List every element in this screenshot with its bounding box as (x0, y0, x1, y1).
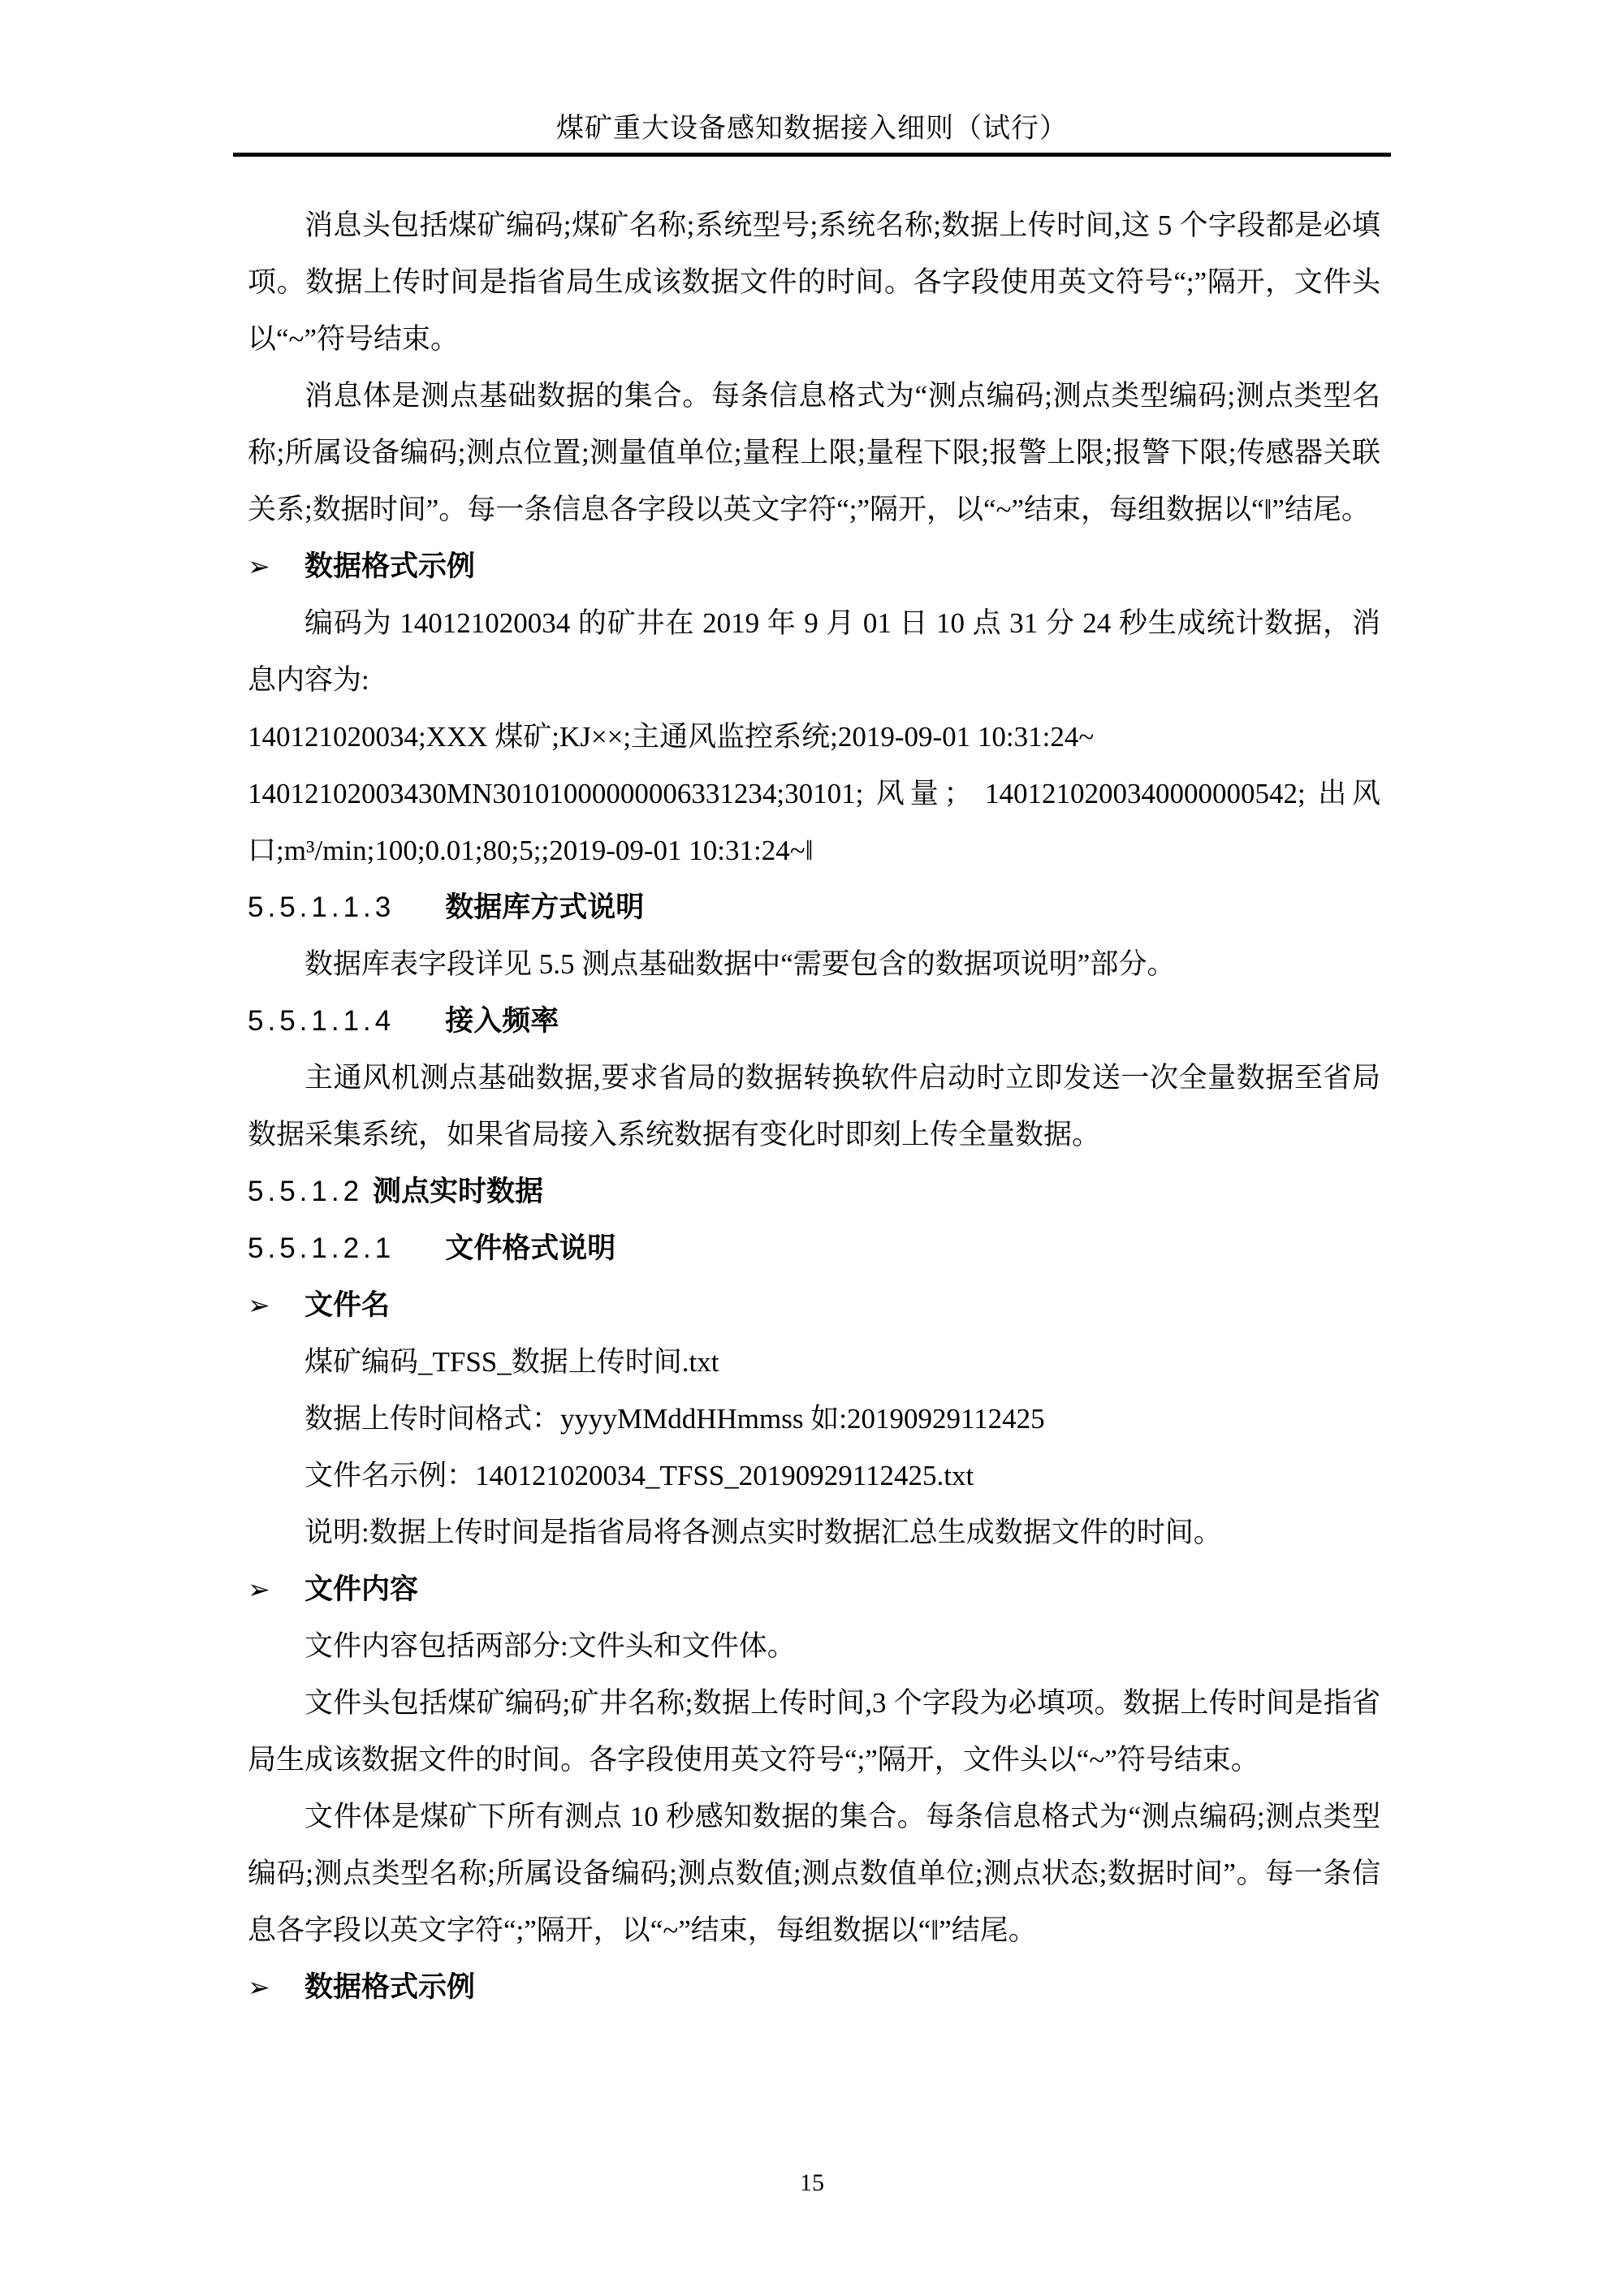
paragraph-file-header: 文件头包括煤矿编码;矿井名称;数据上传时间,3 个字段为必填项。数据上传时间是指… (248, 1675, 1380, 1789)
section-heading-5-5-1-1-3: 5.5.1.1.3数据库方式说明 (248, 879, 1380, 936)
bullet-heading-data-format-example-1: ➢数据格式示例 (248, 538, 1380, 595)
data-example-line-2: 14012102003430MN30101000000006331234;301… (248, 766, 1380, 879)
bullet-heading-filename: ➢文件名 (248, 1277, 1380, 1334)
page-header: 煤矿重大设备感知数据接入细则（试行） (0, 0, 1624, 157)
section-label: 接入频率 (445, 1005, 559, 1037)
line-note: 说明:数据上传时间是指省局将各测点实时数据汇总生成数据文件的时间。 (248, 1504, 1380, 1561)
line-upload-time-format: 数据上传时间格式：yyyyMMddHHmmss 如:20190929112425 (248, 1391, 1380, 1448)
arrow-bullet-icon: ➢ (248, 538, 304, 595)
section-number: 5.5.1.2.1 (248, 1232, 395, 1264)
paragraph-frequency: 主通风机测点基础数据,要求省局的数据转换软件启动时立即发送一次全量数据至省局数据… (248, 1050, 1380, 1163)
document-body: 消息头包括煤矿编码;煤矿名称;系统型号;系统名称;数据上传时间,这 5 个字段都… (248, 197, 1380, 2016)
section-heading-5-5-1-1-4: 5.5.1.1.4接入频率 (248, 993, 1380, 1050)
section-label: 文件格式说明 (445, 1232, 615, 1264)
header-rule (233, 153, 1391, 157)
line-filename-example: 文件名示例：140121020034_TFSS_20190929112425.t… (248, 1448, 1380, 1504)
paragraph-database-desc: 数据库表字段详见 5.5 测点基础数据中“需要包含的数据项说明”部分。 (248, 936, 1380, 993)
section-heading-5-5-1-2: 5.5.1.2测点实时数据 (248, 1163, 1380, 1220)
section-heading-5-5-1-2-1: 5.5.1.2.1文件格式说明 (248, 1220, 1380, 1277)
paragraph-message-body: 消息体是测点基础数据的集合。每条信息格式为“测点编码;测点类型编码;测点类型名称… (248, 368, 1380, 538)
arrow-bullet-icon: ➢ (248, 1561, 304, 1618)
paragraph-example-intro: 编码为 140121020034 的矿井在 2019 年 9 月 01 日 10… (248, 595, 1380, 709)
bullet-heading-file-content: ➢文件内容 (248, 1561, 1380, 1618)
arrow-bullet-icon: ➢ (248, 1277, 304, 1334)
document-page: 煤矿重大设备感知数据接入细则（试行） 消息头包括煤矿编码;煤矿名称;系统型号;系… (0, 0, 1624, 2296)
paragraph-content-parts: 文件内容包括两部分:文件头和文件体。 (248, 1618, 1380, 1675)
page-number: 15 (0, 2169, 1624, 2197)
section-number: 5.5.1.1.3 (248, 891, 395, 923)
data-example-line-1: 140121020034;XXX 煤矿;KJ××;主通风监控系统;2019-09… (248, 709, 1380, 766)
section-number: 5.5.1.2 (248, 1176, 363, 1207)
section-label: 测点实时数据 (373, 1176, 543, 1207)
bullet-heading-label: 文件内容 (304, 1573, 418, 1605)
bullet-heading-label: 文件名 (304, 1289, 390, 1321)
bullet-heading-data-format-example-2: ➢数据格式示例 (248, 1959, 1380, 2016)
section-label: 数据库方式说明 (445, 891, 644, 923)
page-title: 煤矿重大设备感知数据接入细则（试行） (0, 112, 1624, 146)
paragraph-message-header: 消息头包括煤矿编码;煤矿名称;系统型号;系统名称;数据上传时间,这 5 个字段都… (248, 197, 1380, 368)
paragraph-file-body: 文件体是煤矿下所有测点 10 秒感知数据的集合。每条信息格式为“测点编码;测点类… (248, 1789, 1380, 1959)
section-number: 5.5.1.1.4 (248, 1005, 395, 1037)
arrow-bullet-icon: ➢ (248, 1959, 304, 2016)
bullet-heading-label: 数据格式示例 (304, 1971, 475, 2003)
bullet-heading-label: 数据格式示例 (304, 550, 475, 582)
line-filename-pattern: 煤矿编码_TFSS_数据上传时间.txt (248, 1334, 1380, 1391)
